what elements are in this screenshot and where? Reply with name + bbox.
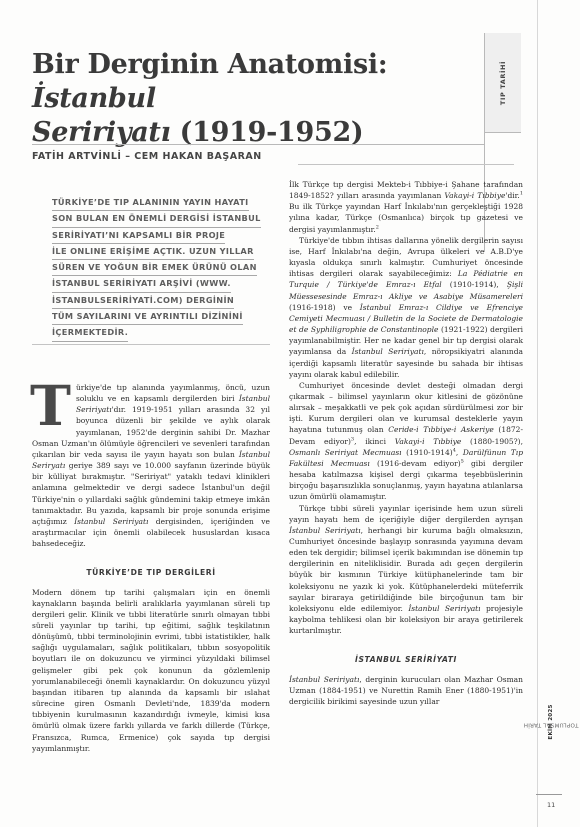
text: Türkçe tıbbi süreli yayınlar içerisinde … bbox=[289, 504, 523, 524]
text: (1910-1914) bbox=[402, 448, 453, 457]
text: (1880-1905?), bbox=[461, 437, 523, 446]
section-heading-istanbul-seririyati: İSTANBUL SERİRİYATI bbox=[289, 654, 523, 665]
right-paragraph-2: Türkiye'de tıbbın ihtisas dallarına yöne… bbox=[289, 235, 523, 380]
standfirst-line: SON BULAN EN ÖNEMLİ DERGİSİ İSTANBUL bbox=[52, 211, 261, 227]
running-footer: TOPLUMSAL TARİHEKİM 2025 bbox=[536, 660, 566, 790]
article-title: Bir Derginin Anatomisi: İstanbulSeririya… bbox=[32, 48, 502, 150]
standfirst-divider bbox=[32, 344, 270, 345]
text-italic: İstanbul Seririyatı bbox=[408, 604, 480, 613]
right-paragraph-3: Cumhuriyet öncesinde devlet desteği olma… bbox=[289, 380, 523, 503]
text: (1910-1914), bbox=[442, 280, 507, 289]
text: Bu ilk Türkçe yayından Harf İnkılabı'nın… bbox=[289, 202, 523, 233]
title-main: Bir Derginin Anatomisi: bbox=[32, 49, 387, 80]
text-italic: Ceride-i Tıbbiye-i Askeriye bbox=[388, 425, 494, 434]
standfirst-line: TÜRKİYE’DE TIP ALANININ YAYIN HAYATI bbox=[52, 195, 249, 211]
text-italic: İstanbul Seririyatı bbox=[74, 517, 148, 526]
text: (1916-devam ediyor) bbox=[370, 459, 461, 468]
text-italic: İstanbul Seririyatı bbox=[352, 347, 424, 356]
text-italic: İstanbul Seririyatı bbox=[289, 526, 361, 535]
footnote-ref: 2 bbox=[376, 224, 379, 230]
standfirst-line: İLE ONLINE ERİŞİME AÇTIK. UZUN YILLAR bbox=[52, 244, 254, 260]
publication-name: TOPLUMSAL TARİH bbox=[524, 722, 579, 728]
text: 'dir. bbox=[505, 191, 519, 200]
text-italic: İstanbul Seririyatı bbox=[289, 675, 359, 684]
footnote-ref: 1 bbox=[520, 191, 523, 197]
standfirst-line: İÇERMEKTEDİR. bbox=[52, 325, 128, 341]
page-number: 11 bbox=[547, 801, 555, 809]
footer-divider bbox=[536, 794, 562, 795]
text: , herhangi bir kuruma bağlı olmaksızın, … bbox=[289, 526, 523, 613]
standfirst: TÜRKİYE’DE TIP ALANININ YAYIN HAYATI SON… bbox=[52, 195, 278, 342]
section-heading-tip-dergileri: TÜRKİYE’DE TIP DERGİLERİ bbox=[32, 567, 270, 578]
section-tab-label: TIP TARİHİ bbox=[499, 60, 507, 104]
section-tab: TIP TARİHİ bbox=[484, 33, 521, 133]
standfirst-line: İSTANBUL SERİRİYATI ARŞİVİ (WWW. bbox=[52, 276, 231, 292]
drop-cap: T bbox=[30, 384, 71, 428]
left-column: Türkiye'de tıp alanında yayımlanmış, önc… bbox=[32, 382, 270, 754]
right-column: İlk Türkçe tıp dergisi Mekteb-i Tıbbiye-… bbox=[289, 179, 523, 707]
text-italic: Osmanlı Seririyat Mecmuası bbox=[289, 448, 402, 457]
intro-paragraph: Türkiye'de tıp alanında yayımlanmış, önc… bbox=[32, 382, 270, 549]
text: , ikinci bbox=[354, 437, 395, 446]
standfirst-line: İSTANBULSERİRİYATİ.COM) DERGİNİN bbox=[52, 293, 234, 309]
authors-byline: FATİH ARTVİNLİ – CEM HAKAN BAŞARAN bbox=[32, 151, 262, 162]
title-italic-istanbul: İstanbul bbox=[32, 83, 156, 114]
right-paragraph-5: İstanbul Seririyatı, derginin kurucuları… bbox=[289, 674, 523, 707]
text-italic: Vakayi-i Tıbbiye bbox=[444, 191, 505, 200]
section1-paragraph: Modern dönem tıp tarihi çalışmaları için… bbox=[32, 587, 270, 754]
standfirst-line: SÜREN VE YOĞUN BİR EMEK ÜRÜNÜ OLAN bbox=[52, 260, 257, 276]
right-paragraph-1: İlk Türkçe tıp dergisi Mekteb-i Tıbbiye-… bbox=[289, 179, 523, 235]
standfirst-line: SERİRİYATI’NI KAPSAMLI BİR PROJE bbox=[52, 228, 225, 244]
right-column-divider bbox=[298, 164, 514, 165]
standfirst-line: TÜM SAYILARINI VE AYRINTILI DİZİNİNİ bbox=[52, 309, 243, 325]
right-paragraph-4: Türkçe tıbbi süreli yayınlar içerisinde … bbox=[289, 503, 523, 637]
title-divider bbox=[32, 144, 484, 145]
text-italic: Vakayi-i Tıbbiye bbox=[395, 437, 462, 446]
text: (1916-1918) ve bbox=[289, 303, 360, 312]
text: , bbox=[456, 448, 463, 457]
